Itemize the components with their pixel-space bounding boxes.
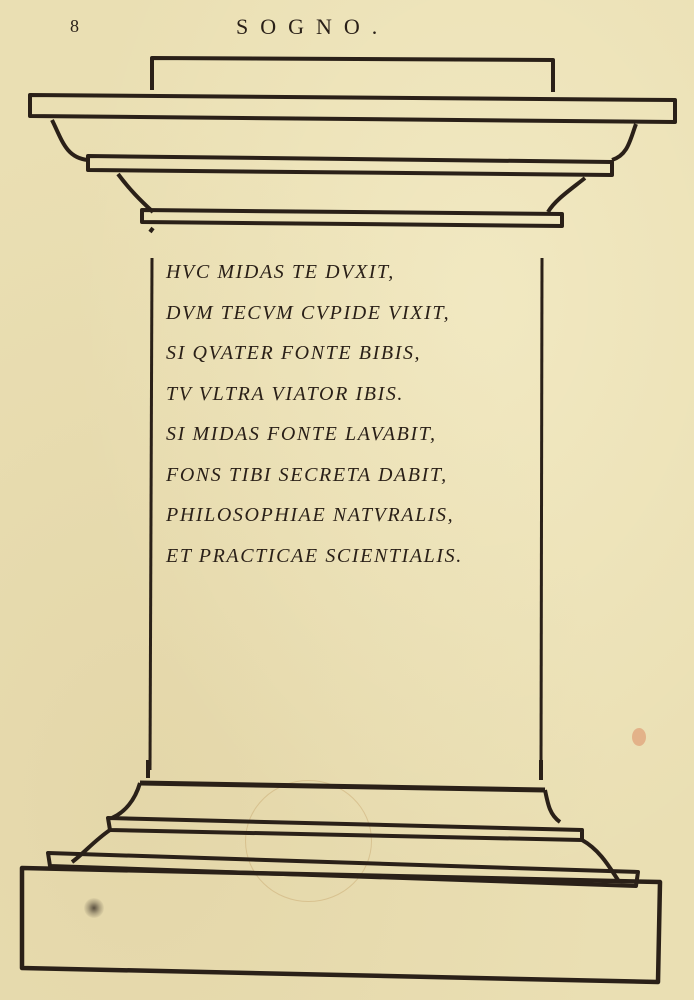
capital-top-block bbox=[152, 58, 553, 92]
inscription-line: SI QVATER FONTE BIBIS, bbox=[166, 333, 546, 374]
book-page: 8 SOGNO. bbox=[0, 0, 694, 1000]
inscription-line: HVC MIDAS TE DVXIT, bbox=[166, 252, 546, 293]
inscription: HVC MIDAS TE DVXIT, DVM TECVM CVPIDE VIX… bbox=[166, 252, 546, 576]
capital-cornice bbox=[30, 95, 675, 122]
inscription-line: SI MIDAS FONTE LAVABIT, bbox=[166, 414, 546, 455]
pedestal-base bbox=[22, 783, 660, 982]
inscription-line: PHILOSOPHIAE NATVRALIS, bbox=[166, 495, 546, 536]
inscription-line: FONS TIBI SECRETA DABIT, bbox=[166, 455, 546, 496]
inscription-line: TV VLTRA VIATOR IBIS. bbox=[166, 374, 546, 415]
inscription-line: DVM TECVM CVPIDE VIXIT, bbox=[166, 293, 546, 334]
capital-moulding bbox=[52, 120, 636, 226]
inscription-line: ET PRACTICAE SCIENTIALIS. bbox=[166, 536, 546, 577]
